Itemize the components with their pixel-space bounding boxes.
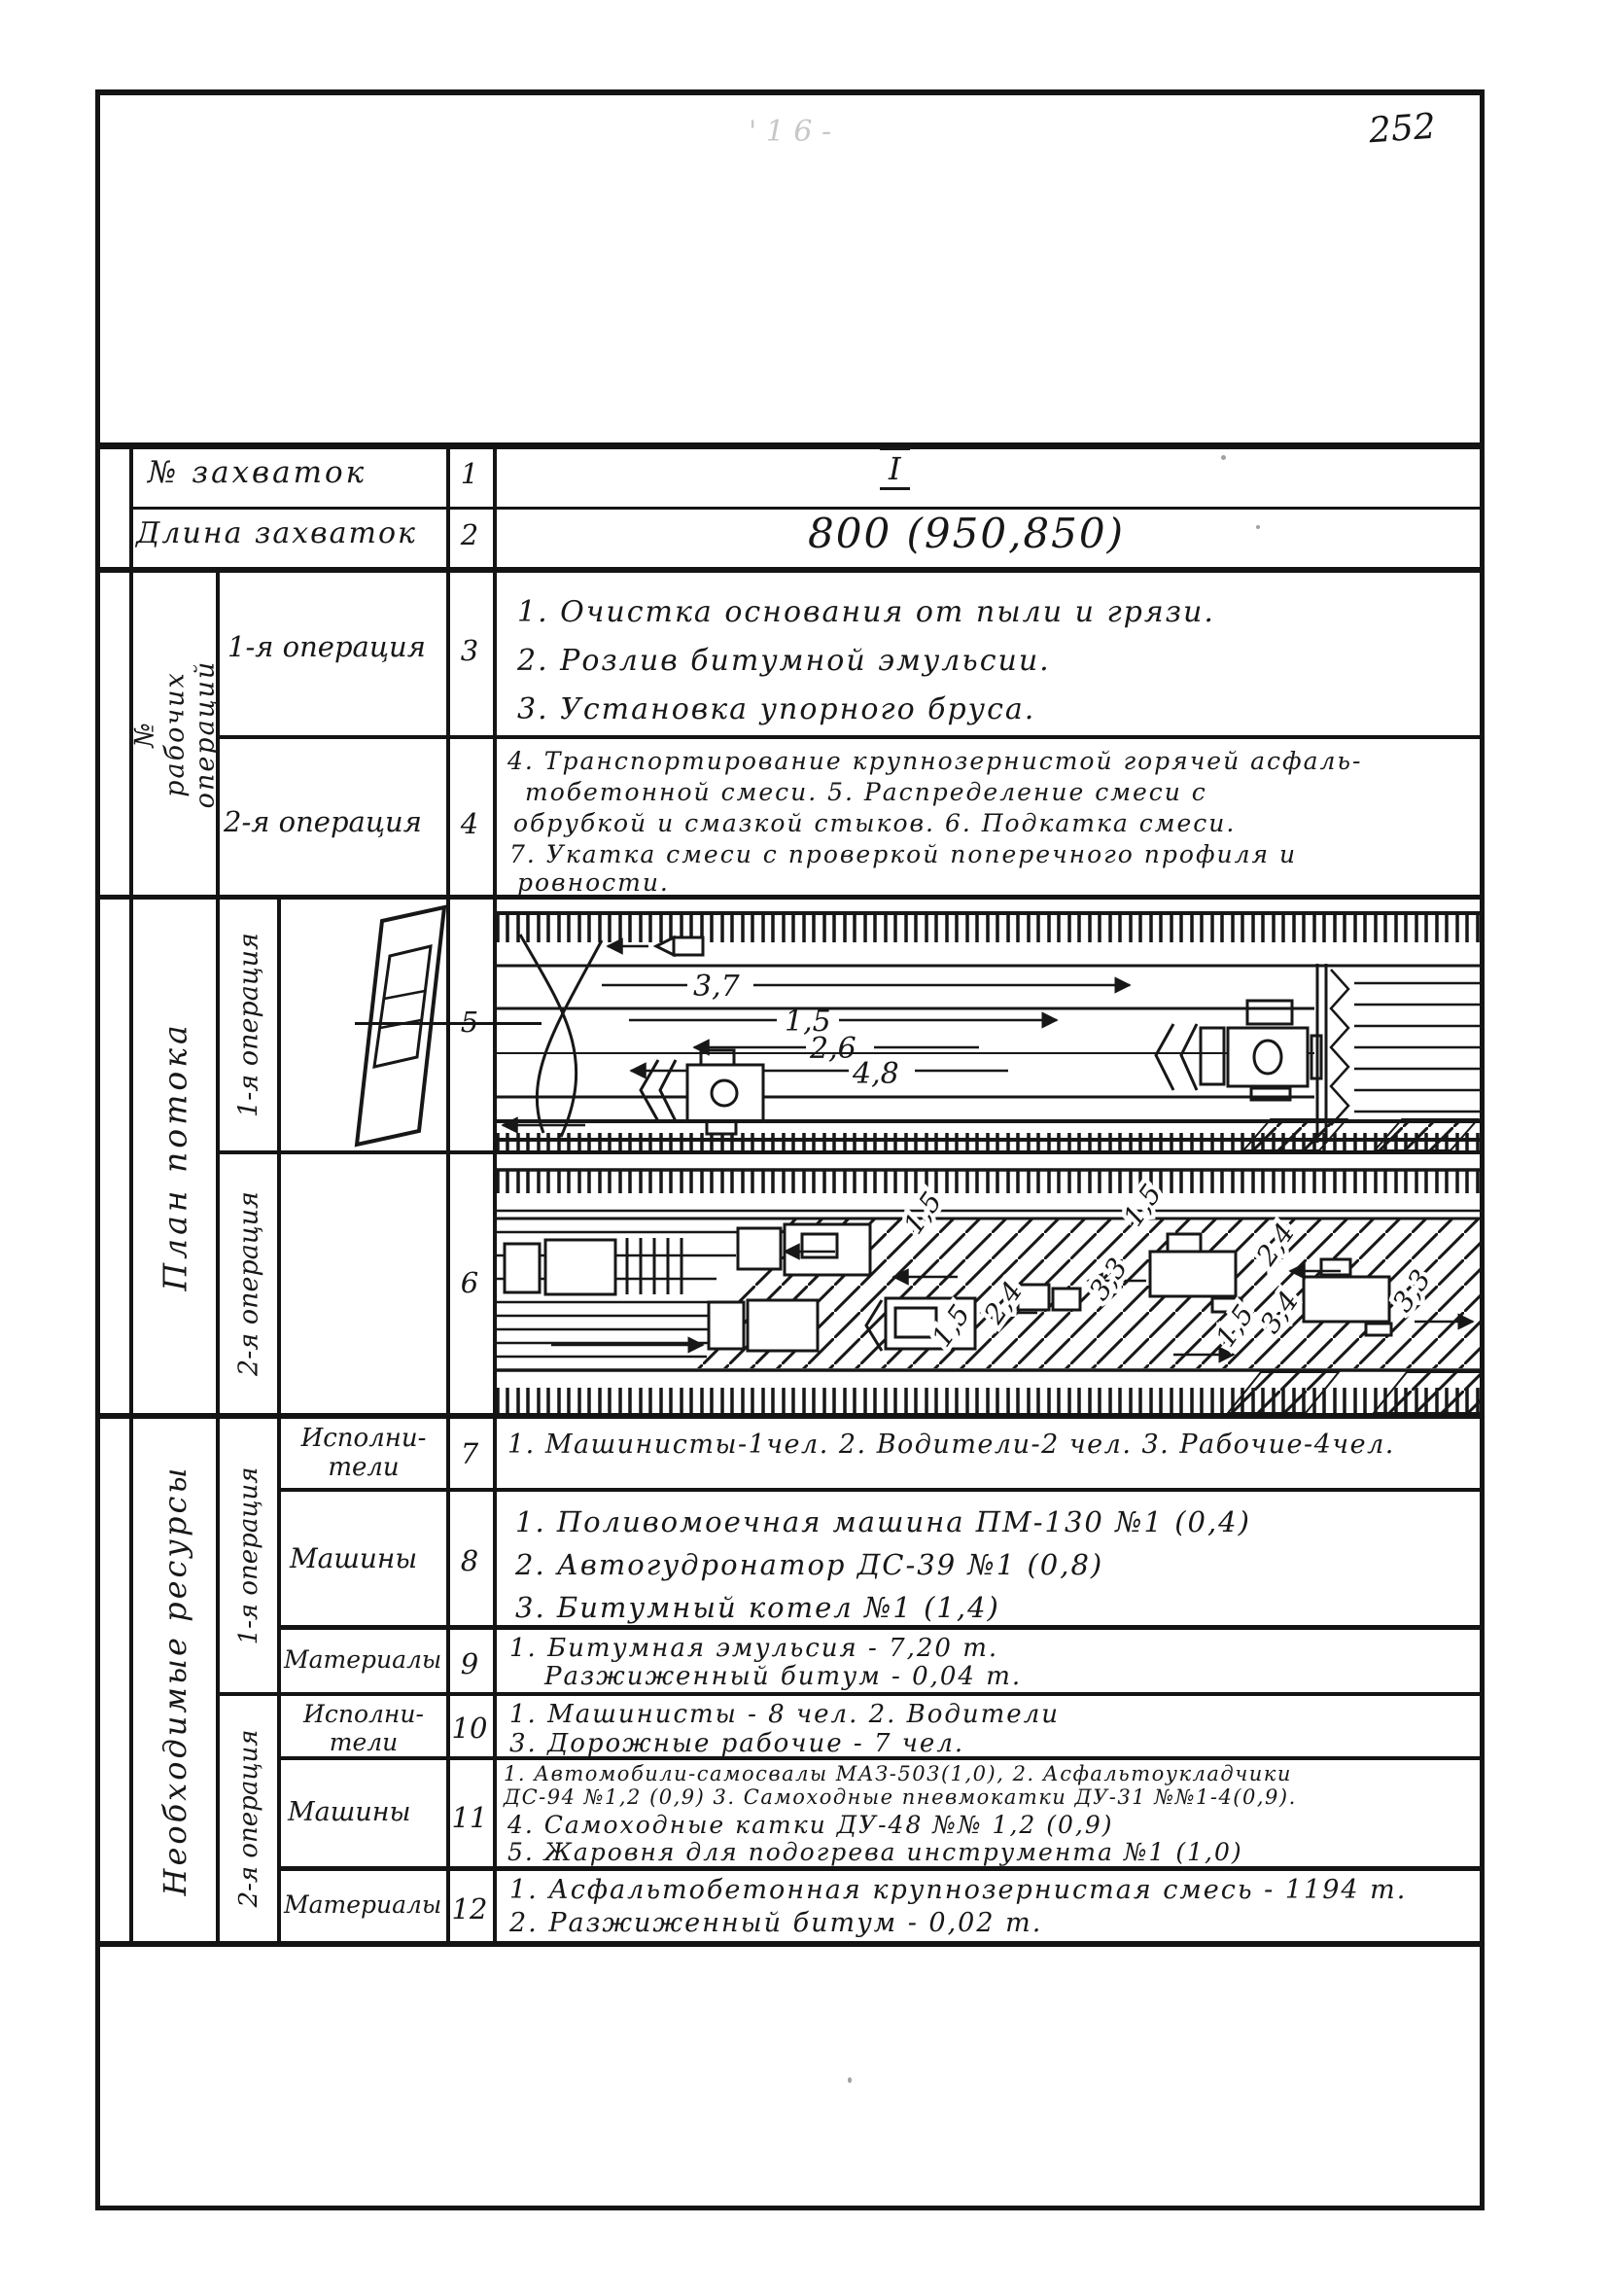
flow-op1-label: 1-я операция (233, 933, 263, 1117)
dim-label: 2,6 (809, 1032, 856, 1066)
resources-op2: 2-я операция (220, 1696, 277, 1941)
table-border-left (95, 89, 100, 2210)
dim-label: 3,7 (693, 970, 741, 1004)
row10-label-line: Исполни- (281, 1700, 446, 1728)
row9-text-line: 1. Битумная эмульсия - 7,20 т. (509, 1634, 998, 1663)
flow-op2-label: 2-я операция (233, 1191, 263, 1376)
resources-op1-label: 1-я операция (234, 1466, 263, 1644)
row1-label: № захваток (148, 455, 367, 490)
section-operations-label: № рабочих (129, 659, 190, 808)
bitumen-distributor-icon (1156, 1001, 1321, 1100)
row10-text-line: 3. Дорожные рабочие - 7 чел. (509, 1729, 964, 1758)
table-border-top (95, 89, 1485, 95)
row12-text-line: 1. Асфальтобетонная крупнозернистая смес… (509, 1875, 1407, 1905)
ink-speck (1221, 455, 1226, 460)
section-resources-label: Необходимые ресурсы (157, 1465, 193, 1895)
row-divider (216, 1692, 1485, 1696)
row7-label-line: тели (281, 1453, 446, 1482)
section-operations: № рабочих операций (133, 573, 216, 895)
row11-text-line: 1. Автомобили-самосвалы МАЗ-503(1,0), 2.… (504, 1762, 1292, 1785)
row-divider (277, 1625, 1485, 1630)
row4-text-line: тобетонной смеси. 5. Распределение смеси… (525, 778, 1207, 806)
resources-op2-label: 2-я операция (234, 1730, 263, 1908)
row-divider (277, 1866, 1485, 1871)
ink-speck (1256, 525, 1260, 529)
row11-text-line: 5. Жаровня для подогрева инструмента №1 … (507, 1838, 1243, 1866)
row-divider (95, 1413, 1485, 1419)
row8-text-line: 2. Автогудронатор ДС-39 №1 (0,8) (515, 1548, 1103, 1581)
scanned-document-page: 252 ' 1 6 - № захваток 1 I Длина захвато… (0, 0, 1608, 2296)
row8-label: Машины (290, 1542, 417, 1574)
plan-key-parallelogram (277, 900, 446, 1150)
flow-op1: 1-я операция (220, 900, 277, 1150)
roadside-comb-top (493, 1171, 1481, 1210)
row4-text-line: обрубкой и смазкой стыков. 6. Подкатка с… (513, 809, 1236, 837)
row4-op-label: 2-я операция (224, 805, 422, 838)
row4-number: 4 (446, 807, 493, 840)
row3-number: 3 (446, 634, 493, 667)
row4-text-line: ровности. (517, 868, 670, 897)
row-divider (216, 735, 1485, 739)
row12-number: 12 (446, 1892, 493, 1925)
row8-number: 8 (446, 1544, 493, 1577)
row12-label: Материалы (284, 1890, 441, 1919)
dim-label: 4,8 (852, 1057, 899, 1091)
small-roller-icon (1018, 1285, 1080, 1310)
section-flow: План потока (133, 900, 216, 1413)
flow-diagram-operation2: 1,5 1,5 2,4 3,3 2,4 1,5 3,3 1,5 3,4 (493, 1154, 1481, 1413)
row2-number: 2 (446, 518, 493, 551)
finished-lanes (1354, 983, 1481, 1112)
row9-number: 9 (446, 1647, 493, 1680)
flow-op2: 2-я операция (220, 1154, 277, 1413)
section-flow-label: План потока (156, 1021, 193, 1290)
row1-value: I (880, 450, 910, 487)
row4-text-line: 7. Укатка смеси с проверкой поперечного … (509, 840, 1297, 868)
row11-number: 11 (446, 1801, 493, 1834)
paver-icon (738, 1224, 870, 1275)
row9-label: Материалы (284, 1645, 441, 1674)
dump-truck-icon (709, 1300, 818, 1351)
row2-label: Длина захваток (136, 516, 417, 550)
dump-truck-icon (505, 1240, 615, 1294)
flow-diagram-operation1: 3,7 1,5 2,6 4,8 (493, 900, 1481, 1150)
table-border-bottom (95, 2206, 1485, 2210)
resources-op1: 1-я операция (220, 1419, 277, 1692)
row3-text-line: 2. Розлив битумной эмульсии. (517, 644, 1051, 678)
row5-number: 5 (446, 1006, 493, 1039)
ink-speck (848, 2077, 852, 2083)
row8-text-line: 3. Битумный котел №1 (1,4) (515, 1591, 1000, 1624)
row-divider (95, 1941, 1485, 1947)
row-divider (95, 567, 1485, 573)
row8-text-line: 1. Поливомоечная машина ПМ-130 №1 (0,4) (515, 1505, 1251, 1538)
page-number: 252 (1368, 107, 1437, 152)
row10-label-line: тели (281, 1728, 446, 1756)
row10-label: Исполни- тели (281, 1700, 446, 1756)
row10-text-line: 1. Машинисты - 8 чел. 2. Водители (509, 1700, 1060, 1729)
row9-text-line: Разжиженный битум - 0,04 т. (544, 1662, 1022, 1691)
roadside-comb-top (493, 914, 1481, 957)
bleed-through-marks: ' 1 6 - (749, 115, 831, 149)
row4-text-line: 4. Транспортирование крупнозернистой гор… (507, 747, 1363, 775)
row6-number: 6 (446, 1266, 493, 1299)
row3-text-line: 1. Очистка основания от пыли и грязи. (517, 595, 1215, 629)
section-resources: Необходимые ресурсы (133, 1419, 216, 1941)
row11-text-line: 4. Самоходные катки ДУ-48 №№ 1,2 (0,9) (507, 1811, 1114, 1839)
row2-value: 800 (950,850) (791, 510, 1141, 557)
row7-number: 7 (446, 1437, 493, 1470)
row12-text-line: 2. Разжиженный битум - 0,02 т. (509, 1908, 1042, 1938)
row7-text-line: 1. Машинисты-1чел. 2. Водители-2 чел. 3.… (507, 1430, 1395, 1460)
row11-label: Машины (288, 1797, 410, 1827)
row-divider (277, 1488, 1485, 1492)
row7-label-line: Исполни- (281, 1424, 446, 1453)
row10-number: 10 (446, 1712, 493, 1745)
row7-label: Исполни- тели (281, 1424, 446, 1482)
row3-text-line: 3. Установка упорного бруса. (517, 692, 1035, 726)
mix-unload-strokes (627, 1238, 682, 1294)
row11-text-line: ДС-94 №1,2 (0,9) 3. Самоходные пневмокат… (504, 1785, 1297, 1809)
row1-number: 1 (446, 457, 493, 490)
row3-op-label: 1-я операция (227, 630, 426, 663)
section-operations-label: операций (190, 659, 220, 808)
row-divider (95, 442, 1485, 449)
